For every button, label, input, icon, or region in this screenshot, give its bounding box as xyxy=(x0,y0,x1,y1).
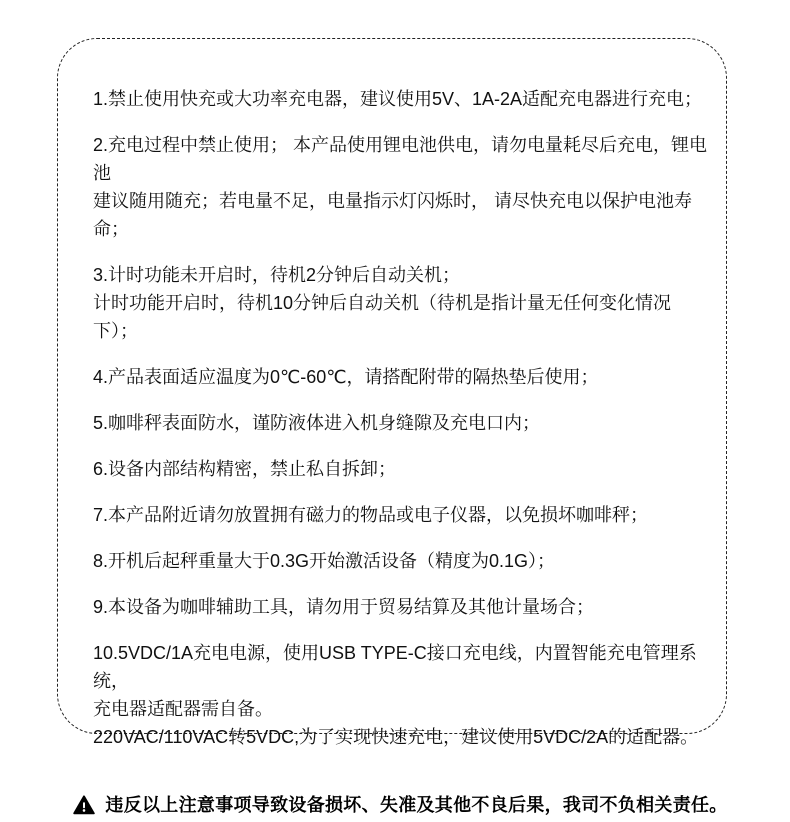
notice-item-10: 10.5VDC/1A充电电源，使用USB TYPE-C接口充电线，内置智能充电管… xyxy=(93,639,708,751)
notice-item-1: 1.禁止使用快充或大功率充电器，建议使用5V、1A-2A适配充电器进行充电； xyxy=(93,85,708,113)
notice-item-6: 6.设备内部结构精密，禁止私自拆卸； xyxy=(93,455,708,483)
notice-item-2: 2.充电过程中禁止使用； 本产品使用锂电池供电，请勿电量耗尽后充电，锂电池 建议… xyxy=(93,131,708,243)
notice-item-7: 7.本产品附近请勿放置拥有磁力的物品或电子仪器，以免损坏咖啡秤； xyxy=(93,501,708,529)
notice-panel: 1.禁止使用快充或大功率充电器，建议使用5V、1A-2A适配充电器进行充电； 2… xyxy=(57,38,727,734)
warning-triangle-icon xyxy=(73,795,95,815)
warning-note: 违反以上注意事项导致设备损坏、失准及其他不良后果，我司不负相关责任。 xyxy=(93,791,708,819)
notice-item-5: 5.咖啡秤表面防水，谨防液体进入机身缝隙及充电口内； xyxy=(93,409,708,437)
notice-item-9: 9.本设备为咖啡辅助工具，请勿用于贸易结算及其他计量场合； xyxy=(93,593,708,621)
notice-item-8: 8.开机后起秤重量大于0.3G开始激活设备（精度为0.1G）； xyxy=(93,547,708,575)
notice-item-3: 3.计时功能未开启时，待机2分钟后自动关机； 计时功能开启时，待机10分钟后自动… xyxy=(93,261,708,345)
warning-text: 违反以上注意事项导致设备损坏、失准及其他不良后果，我司不负相关责任。 xyxy=(105,791,727,819)
notice-item-4: 4.产品表面适应温度为0℃-60℃，请搭配附带的隔热垫后使用； xyxy=(93,363,708,391)
